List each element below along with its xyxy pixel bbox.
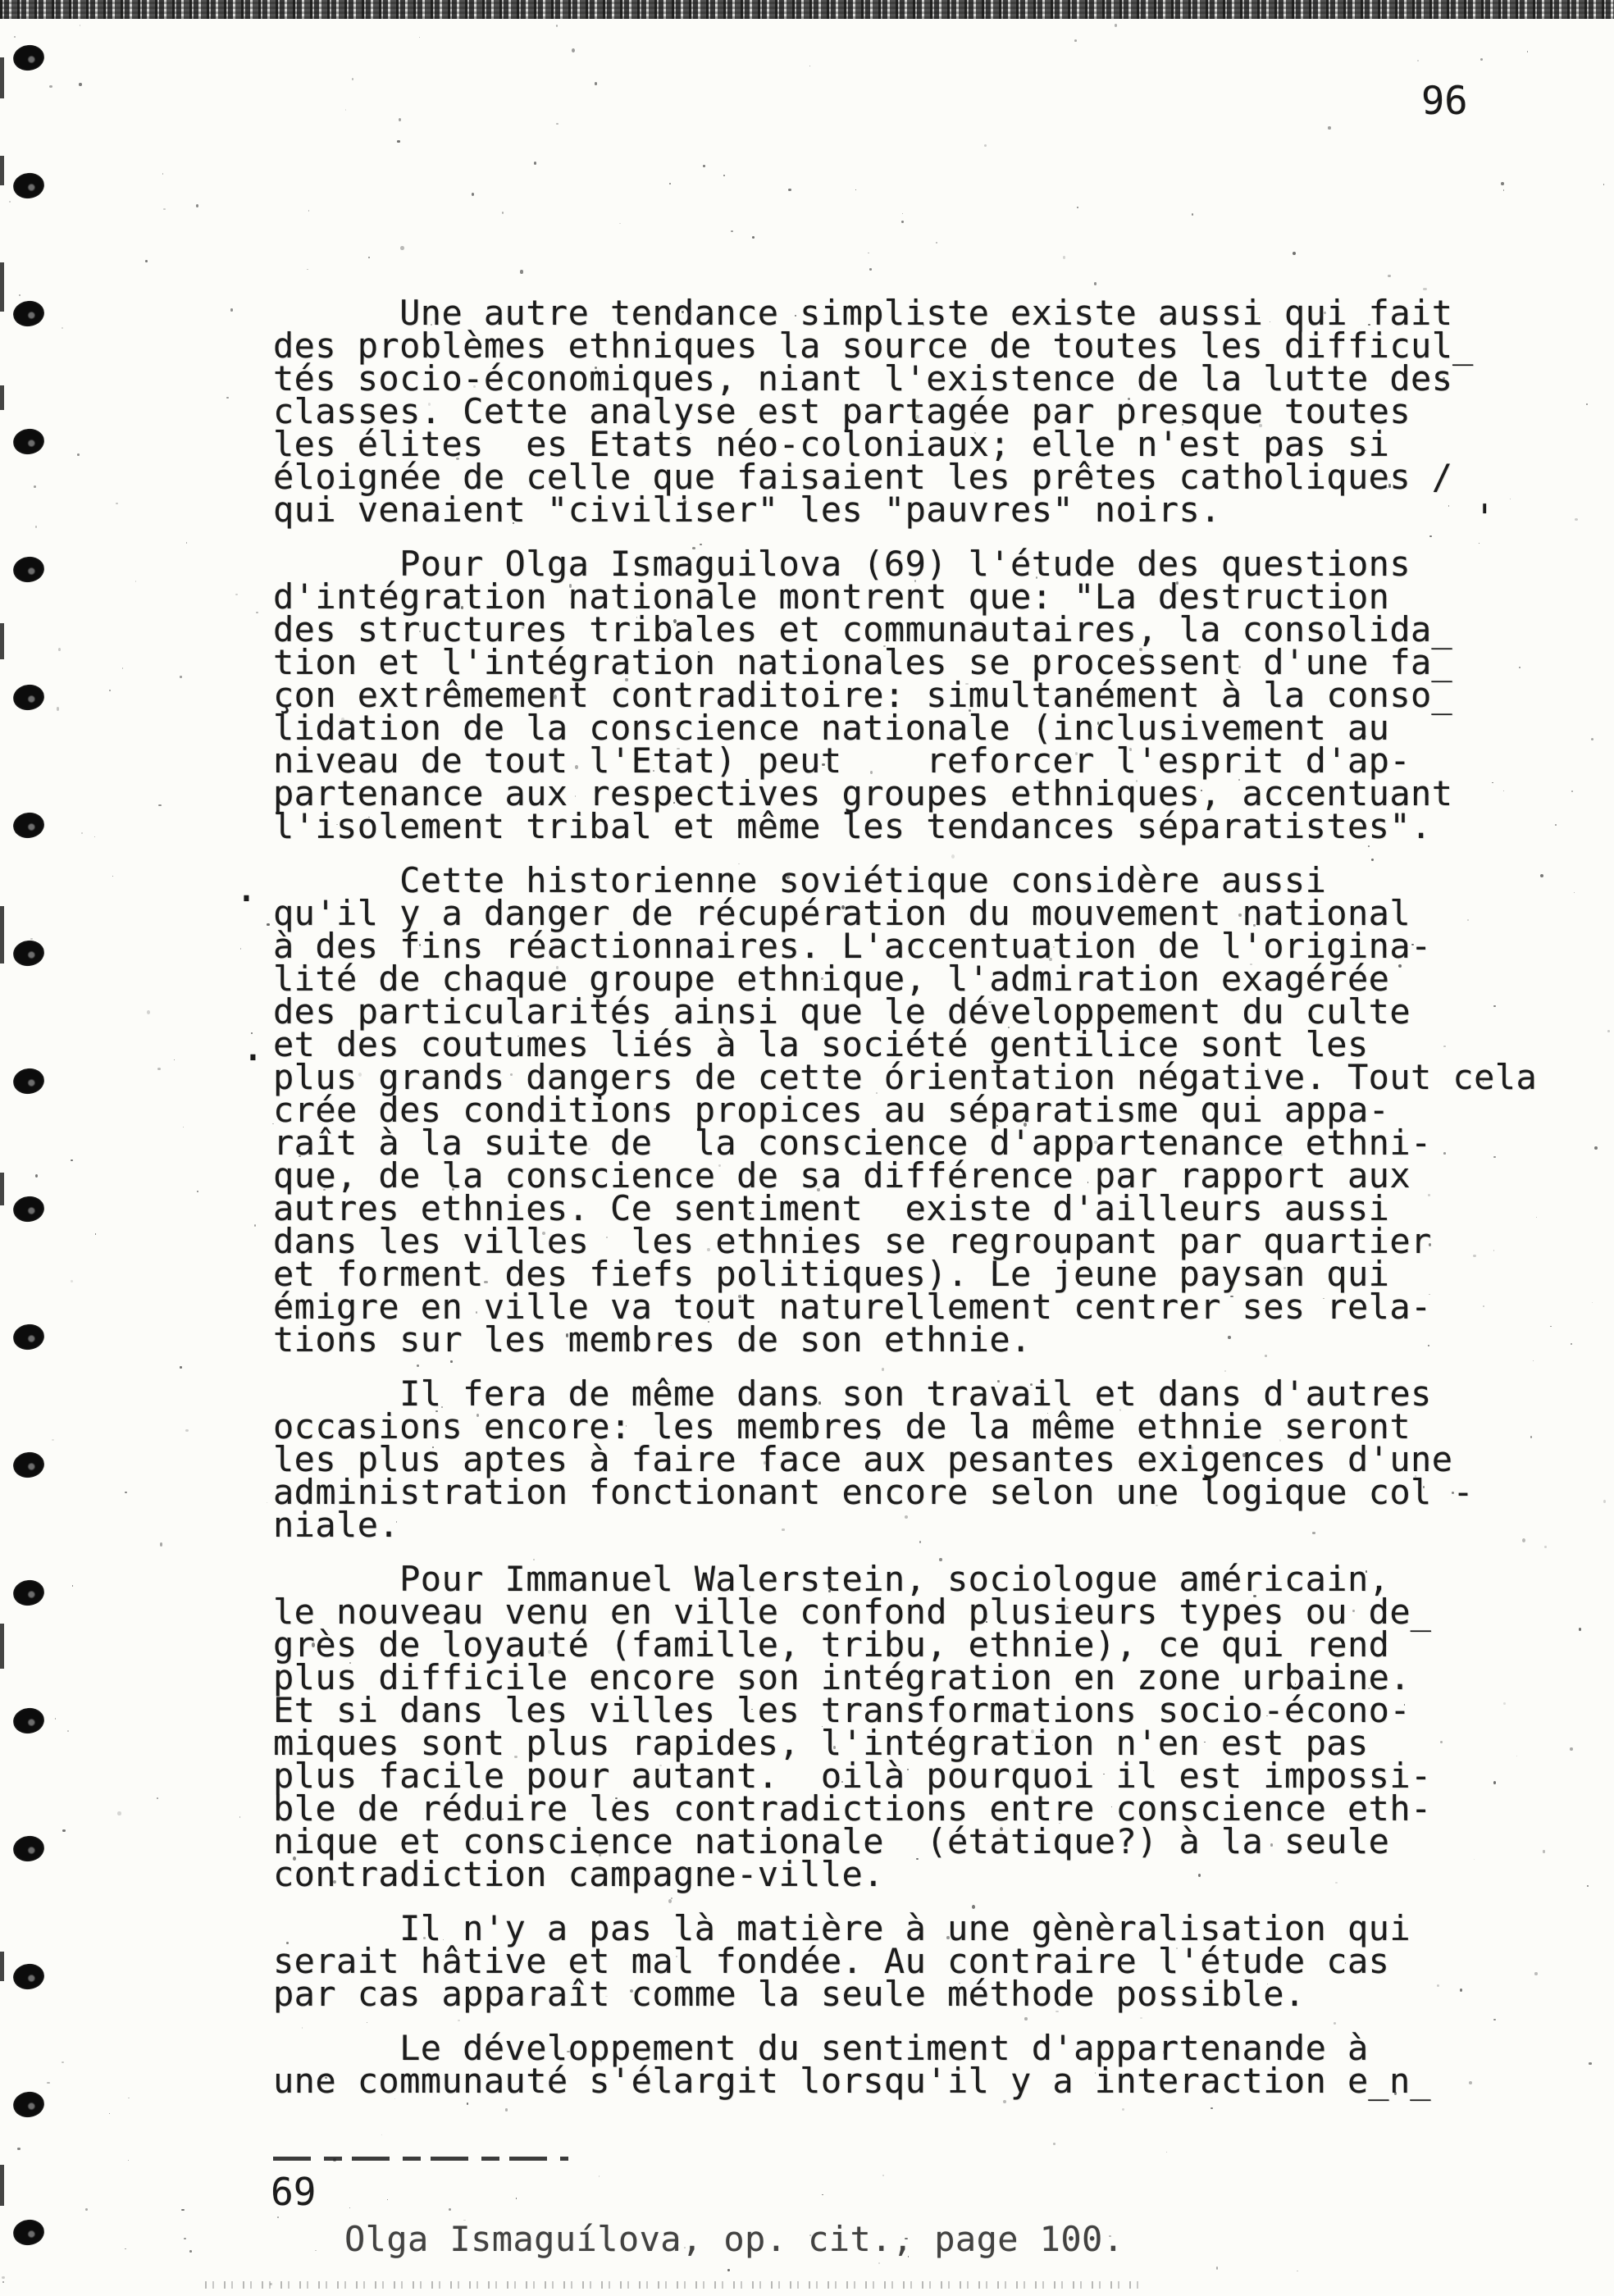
scan-speckle	[505, 2108, 508, 2111]
scan-speckle	[1115, 24, 1118, 27]
scan-speckle	[888, 1578, 890, 1580]
scan-speckle	[606, 1237, 608, 1238]
scan-speckle	[34, 485, 36, 488]
punch-hole-mark	[11, 1451, 46, 1480]
scan-speckle	[1324, 312, 1326, 314]
scan-speckle	[117, 1811, 121, 1815]
scan-speckle	[1250, 963, 1252, 965]
scan-speckle	[1059, 1823, 1060, 1824]
scan-speckle	[854, 1073, 855, 1076]
scan-speckle	[653, 770, 654, 772]
scan-speckle	[1366, 1570, 1368, 1572]
scan-speckle	[1328, 126, 1331, 130]
footnote-citation: Olga Ismaguílova, op. cit., page 100.	[344, 2219, 1124, 2259]
scan-speckle	[52, 1439, 54, 1441]
scan-speckle	[2, 2276, 5, 2280]
edge-scan-mark	[0, 2165, 4, 2206]
scan-speckle	[125, 2248, 125, 2249]
scan-speckle	[1589, 2062, 1592, 2064]
scan-speckle	[1501, 182, 1504, 186]
scan-speckle	[349, 1662, 351, 1664]
scan-speckle	[700, 784, 701, 785]
scan-speckle	[1543, 1850, 1545, 1852]
scan-speckle	[1592, 1302, 1593, 1303]
scan-speckle	[878, 2262, 880, 2264]
scan-speckle	[1153, 1770, 1154, 1771]
punch-hole-mark	[11, 299, 46, 329]
scan-speckle	[307, 269, 308, 270]
scan-speckle	[95, 1233, 96, 1234]
scanned-page: 96 Une autre tendance simpliste existe a…	[0, 0, 1614, 2296]
scan-speckle	[1591, 738, 1593, 740]
scan-speckle	[387, 2199, 388, 2200]
scan-speckle	[81, 832, 83, 834]
scan-speckle	[1452, 1492, 1454, 1494]
punch-hole-mark	[11, 2090, 46, 2120]
stray-ink-mark: ·	[241, 1038, 265, 1077]
scan-speckle	[419, 37, 420, 38]
page-number: 96	[1421, 79, 1468, 124]
scan-speckle	[341, 717, 344, 722]
scan-speckle	[738, 863, 739, 864]
scan-speckle	[267, 1502, 267, 1503]
edge-scan-mark	[0, 906, 4, 963]
scan-speckle	[1480, 58, 1483, 61]
edge-scan-mark	[0, 262, 4, 312]
scan-speckle	[1299, 376, 1302, 378]
scan-speckle	[1253, 1595, 1256, 1597]
scan-speckle	[575, 765, 578, 768]
scan-speckle	[997, 1380, 1001, 1383]
scan-speckle	[669, 183, 671, 184]
scan-speckle	[1255, 347, 1256, 348]
scan-speckle	[1493, 1156, 1495, 1158]
scan-speckle	[1077, 207, 1078, 208]
scan-speckle	[691, 1709, 694, 1712]
scan-speckle	[1063, 256, 1065, 259]
scan-speckle	[2, 2281, 4, 2284]
scan-speckle	[381, 2134, 383, 2135]
scan-speckle	[1575, 518, 1578, 521]
scan-speckle	[286, 1214, 287, 1214]
scan-speckle	[1530, 1436, 1532, 1438]
scan-speckle	[1587, 1885, 1589, 1887]
scan-speckle	[1503, 790, 1504, 791]
scan-speckle	[349, 2207, 350, 2208]
scan-speckle	[1074, 39, 1077, 42]
punch-hole-mark	[11, 43, 46, 73]
scan-speckle	[499, 418, 501, 420]
scan-speckle	[1122, 2108, 1124, 2111]
scan-speckle	[394, 2098, 395, 2100]
punch-hole-mark	[11, 171, 46, 201]
scan-speckle	[788, 189, 791, 191]
scan-speckle	[1443, 1152, 1446, 1155]
scan-noise-band-top	[0, 0, 1614, 19]
scan-speckle	[1423, 288, 1426, 290]
scan-speckle	[540, 1651, 540, 1653]
scan-speckle	[908, 2256, 909, 2257]
scan-speckle	[1423, 1486, 1425, 1487]
scan-speckle	[1052, 1744, 1053, 1745]
scan-speckle	[600, 2061, 602, 2061]
punch-hole-mark	[11, 811, 46, 840]
scan-speckle	[1334, 2022, 1336, 2025]
scan-speckle	[984, 144, 987, 147]
scan-speckle	[285, 986, 286, 987]
scan-speckle	[79, 83, 81, 86]
scan-speckle	[1265, 921, 1269, 924]
scan-speckle	[196, 204, 198, 207]
scan-speckle	[1109, 1205, 1110, 1207]
scan-speckle	[112, 876, 113, 877]
scan-speckle	[308, 210, 309, 212]
scan-speckle	[502, 212, 504, 214]
scan-speckle	[251, 1032, 253, 1033]
scan-speckle	[1270, 1843, 1273, 1847]
scan-speckle	[855, 189, 857, 190]
scan-speckle	[1176, 581, 1179, 585]
scan-speckle	[128, 2160, 129, 2161]
scan-speckle	[1493, 2019, 1495, 2020]
scan-speckle	[1603, 1500, 1606, 1503]
scan-speckle	[1368, 1688, 1370, 1689]
scan-speckle	[684, 2247, 686, 2248]
scan-speckle	[145, 260, 148, 262]
scan-speckle	[1417, 60, 1419, 61]
scan-speckle	[323, 1189, 326, 1191]
scan-speckle	[946, 1936, 949, 1939]
edge-scan-mark	[0, 156, 4, 185]
scan-speckle	[782, 1528, 785, 1530]
scan-speckle	[157, 1797, 158, 1799]
scan-speckle	[1443, 1045, 1446, 1047]
scan-speckle	[256, 612, 258, 613]
scan-speckle	[1053, 946, 1055, 948]
scan-speckle	[671, 1897, 672, 1899]
scan-speckle	[841, 905, 845, 909]
scan-speckle	[368, 257, 370, 258]
scan-speckle	[682, 311, 684, 313]
scan-speckle	[718, 1164, 720, 1166]
scan-speckle	[902, 213, 903, 214]
scan-speckle	[828, 1590, 831, 1592]
scan-speckle	[1275, 1487, 1277, 1488]
edge-scan-mark	[0, 623, 4, 659]
scan-speckle	[868, 253, 869, 254]
scan-speckle	[352, 78, 353, 80]
punch-hole-mark	[11, 939, 46, 968]
scan-speckle	[1429, 535, 1432, 537]
scan-speckle	[333, 2158, 335, 2162]
scan-speckle	[677, 748, 680, 750]
scan-speckle	[1094, 282, 1097, 285]
punch-hole-mark	[11, 1962, 46, 1992]
scan-speckle	[1140, 2017, 1142, 2019]
scan-speckle	[277, 2216, 280, 2218]
scan-speckle	[180, 1366, 182, 1368]
scan-speckle	[186, 542, 188, 543]
scan-speckle	[630, 1989, 633, 1993]
scan-speckle	[122, 667, 123, 668]
scan-speckle	[698, 651, 700, 653]
scan-speckle	[1003, 2100, 1006, 2103]
scan-speckle	[685, 1801, 688, 1803]
paragraph: Le développement du sentiment d'apparten…	[273, 2032, 1585, 2098]
scan-speckle	[1280, 1154, 1283, 1156]
scan-speckle	[841, 1781, 843, 1783]
scan-speckle	[163, 208, 166, 210]
scan-speckle	[1176, 1947, 1178, 1949]
scan-speckle	[397, 140, 399, 142]
scan-speckle	[683, 500, 686, 503]
scan-speckle	[1053, 2143, 1055, 2144]
scan-speckle	[591, 1459, 593, 1460]
scan-speckle	[905, 2238, 908, 2239]
scan-speckle	[1230, 1296, 1233, 1297]
scan-speckle	[1510, 499, 1511, 499]
scan-speckle	[109, 690, 110, 691]
scan-speckle	[556, 25, 558, 27]
scan-speckle	[822, 2194, 823, 2195]
scan-speckle	[472, 193, 474, 196]
scan-speckle	[185, 1429, 189, 1432]
scan-speckle	[1483, 1305, 1484, 1306]
scan-speckle	[1503, 1702, 1506, 1706]
scan-speckle	[986, 1621, 987, 1622]
scan-speckle	[749, 1212, 751, 1214]
scan-speckle	[916, 1145, 918, 1146]
punch-hole-mark	[11, 555, 46, 585]
scan-speckle	[1094, 1141, 1097, 1143]
scan-speckle	[809, 66, 810, 66]
scan-speckle	[738, 1295, 741, 1298]
punch-hole-mark	[11, 1706, 46, 1736]
scan-speckle	[289, 1850, 290, 1851]
scan-speckle	[449, 2208, 451, 2211]
scan-speckle	[1335, 1882, 1337, 1884]
paragraph: Pour Immanuel Walerstein, sociologue amé…	[273, 1563, 1585, 1891]
scan-speckle	[870, 771, 873, 774]
scan-speckle	[94, 836, 95, 837]
scan-speckle	[1049, 958, 1052, 961]
scan-speckle	[1238, 913, 1242, 917]
scan-speckle	[71, 1159, 73, 1161]
scan-speckle	[1259, 424, 1262, 426]
scan-speckle	[1109, 2235, 1110, 2237]
scan-speckle	[315, 2250, 317, 2252]
scan-speckle	[510, 1073, 512, 1076]
scan-speckle	[484, 1281, 487, 1283]
scan-speckle	[14, 36, 16, 38]
scan-speckle	[516, 2198, 517, 2199]
scan-speckle	[581, 1386, 583, 1387]
scan-speckle	[62, 1829, 65, 1832]
scan-speckle	[128, 2098, 130, 2098]
scan-speckle	[818, 1401, 821, 1404]
scan-speckle	[749, 1740, 750, 1741]
scan-speckle	[1370, 626, 1372, 628]
scan-speckle	[254, 1224, 257, 1227]
scan-speckle	[17, 2148, 20, 2151]
scan-speckle	[1201, 790, 1202, 791]
scan-speckle	[30, 938, 32, 940]
scan-speckle	[1210, 2107, 1213, 2109]
scan-speckle	[1267, 1984, 1268, 1984]
scan-speckle	[1232, 672, 1233, 673]
scan-speckle	[569, 584, 572, 587]
scan-speckle	[399, 118, 401, 121]
scan-speckle	[1000, 1827, 1003, 1831]
scan-speckle	[109, 2113, 110, 2115]
edge-scan-mark	[0, 1952, 4, 1981]
body-text: Une autre tendance simpliste existe auss…	[273, 297, 1585, 2119]
scan-speckle	[1216, 2266, 1218, 2269]
scan-speckle	[160, 1542, 163, 1547]
scan-speckle	[1516, 1756, 1517, 1756]
scan-speckle	[358, 1073, 362, 1077]
edge-scan-mark	[0, 1624, 4, 1669]
scan-speckle	[1192, 213, 1193, 216]
scan-speckle	[532, 1844, 535, 1847]
edge-scan-mark	[0, 1173, 4, 1205]
scan-speckle	[832, 441, 833, 442]
scan-speckle	[1368, 845, 1370, 847]
scan-speckle	[654, 1108, 656, 1111]
paragraph: Il n'y a pas là matière à une gènèralisa…	[273, 1912, 1585, 2011]
paragraph: Il fera de même dans son travail et dans…	[273, 1378, 1585, 1542]
scan-speckle	[1352, 1610, 1355, 1613]
scan-speckle	[1293, 252, 1296, 255]
scan-speckle	[189, 2250, 192, 2253]
scan-speckle	[673, 802, 675, 804]
scan-speckle	[116, 503, 118, 505]
paragraph: Pour Olga Ismaguilova (69) l'étude des q…	[273, 548, 1585, 843]
scan-speckle	[67, 1730, 69, 1732]
scan-speckle	[226, 397, 229, 399]
stray-ink-mark: ·	[235, 879, 258, 918]
edge-scan-mark	[0, 57, 4, 98]
scan-speckle	[613, 413, 614, 415]
scan-speckle	[636, 1845, 638, 1847]
scan-speckle	[533, 1559, 535, 1560]
scan-speckle	[916, 1858, 919, 1860]
scan-speckle	[396, 1521, 397, 1523]
scan-speckle	[764, 1461, 766, 1464]
punch-hole-mark	[11, 1323, 46, 1352]
scan-speckle	[1267, 1068, 1269, 1071]
scan-speckle	[1156, 1505, 1158, 1506]
scan-speckle	[1440, 1741, 1443, 1743]
scan-speckle	[619, 223, 621, 224]
scan-speckle	[235, 594, 238, 595]
scan-speckle	[821, 977, 823, 980]
scan-speckle	[85, 2208, 88, 2211]
scan-speckle	[1283, 1267, 1286, 1269]
scan-speckle	[267, 923, 269, 926]
scan-speckle	[731, 230, 732, 232]
punch-hole-mark	[11, 1578, 46, 1608]
scan-speckle	[1443, 377, 1444, 380]
scan-speckle	[57, 707, 59, 711]
scan-speckle	[727, 2269, 730, 2271]
scan-speckle	[230, 308, 234, 311]
scan-speckle	[1371, 859, 1374, 861]
scan-speckle	[1428, 1345, 1429, 1346]
edge-scan-mark	[0, 385, 4, 410]
scan-speckle	[507, 1315, 508, 1317]
scan-speckle	[432, 1446, 434, 1448]
scan-speckle	[400, 246, 403, 250]
scan-speckle	[790, 485, 791, 485]
scan-speckle	[1411, 944, 1413, 945]
scan-speckle	[914, 580, 917, 582]
paragraph: Cette historienne soviétique considère a…	[273, 864, 1585, 1356]
scan-speckle	[345, 109, 346, 110]
scan-speckle	[417, 1364, 419, 1367]
scan-speckle	[595, 82, 598, 85]
punch-hole-mark	[11, 427, 46, 457]
scan-speckle	[49, 85, 52, 88]
scan-speckle	[55, 1718, 56, 1719]
scan-speckle	[174, 1059, 175, 1060]
stray-ink-mark: '	[1474, 500, 1496, 536]
scan-speckle	[1571, 790, 1572, 792]
scan-speckle	[1146, 1041, 1147, 1041]
scan-speckle	[556, 123, 559, 125]
scan-speckle	[822, 763, 824, 767]
scan-speckle	[795, 315, 796, 317]
scan-speckle	[1527, 51, 1528, 52]
scan-speckle	[1297, 2271, 1298, 2271]
punch-hole-mark	[11, 2218, 46, 2248]
scan-speckle	[1323, 1298, 1324, 1299]
scan-speckle	[1503, 189, 1504, 191]
scan-speckle	[1238, 666, 1241, 668]
scan-speckle	[1036, 576, 1037, 579]
punch-hole-mark	[11, 1834, 46, 1864]
scan-speckle	[162, 173, 163, 174]
paragraph: Une autre tendance simpliste existe auss…	[273, 297, 1585, 526]
scan-speckle	[272, 1123, 274, 1124]
scan-speckle	[869, 268, 873, 271]
scan-speckle	[1603, 184, 1605, 184]
scan-speckle	[520, 270, 522, 274]
scan-speckle	[514, 1756, 517, 1758]
scan-speckle	[62, 327, 63, 329]
scan-speckle	[62, 2061, 64, 2063]
scan-speckle	[1191, 1446, 1193, 1450]
scan-speckle	[240, 948, 241, 949]
scan-speckle	[461, 606, 463, 609]
scan-speckle	[1437, 1984, 1439, 1987]
scan-speckle	[431, 324, 432, 326]
scan-speckle	[157, 1068, 161, 1070]
scan-speckle	[147, 1010, 150, 1014]
scan-speckle	[707, 1248, 710, 1251]
scan-speckle	[1098, 2045, 1100, 2047]
scan-speckle	[1586, 403, 1589, 406]
scan-speckle	[1024, 2017, 1027, 2020]
scan-speckle	[517, 1036, 519, 1036]
scan-noise-band-bottom	[205, 2281, 1148, 2289]
scan-speckle	[423, 1937, 425, 1939]
scan-speckle	[35, 526, 38, 528]
scan-speckle	[723, 175, 725, 176]
scan-speckle	[71, 1280, 73, 1282]
scan-speckle	[1594, 1146, 1598, 1150]
scan-speckle	[599, 2175, 600, 2177]
